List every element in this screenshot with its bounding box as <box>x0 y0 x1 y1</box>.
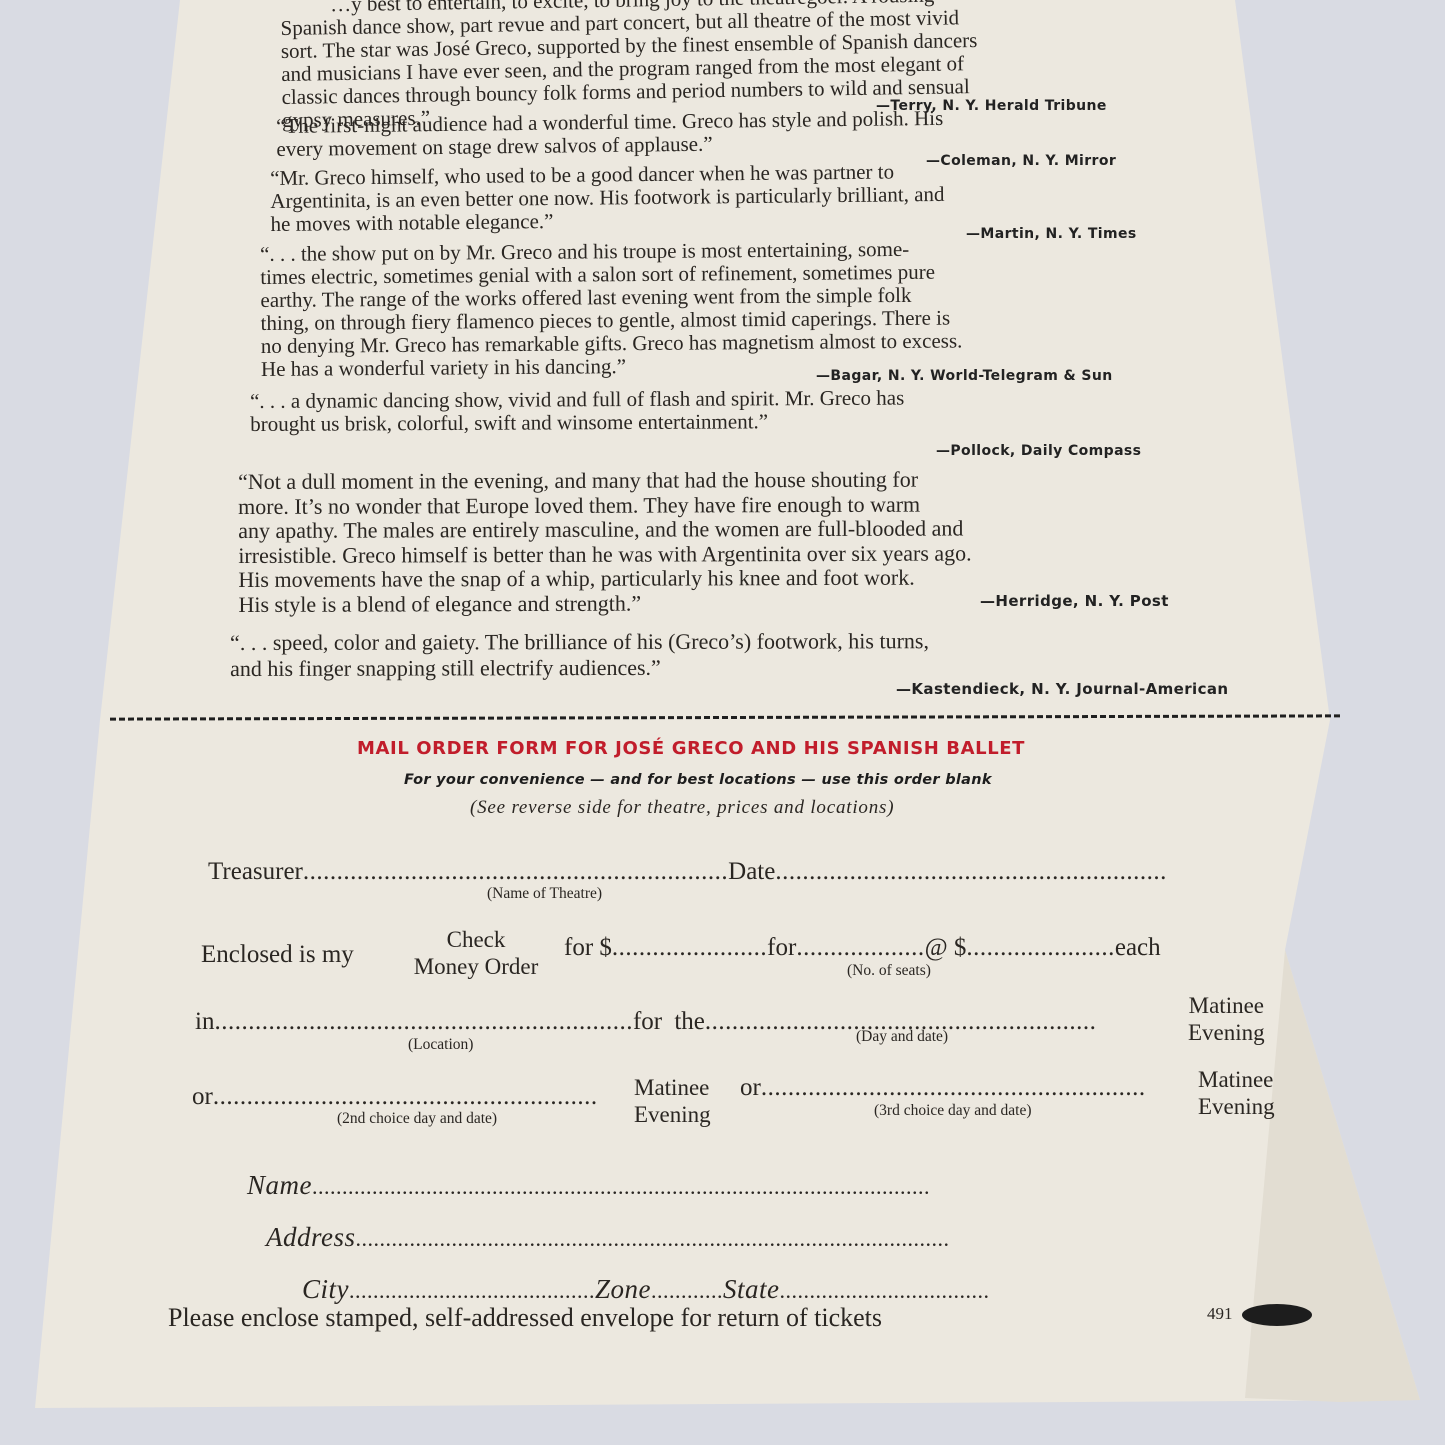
second-choice-hint: (2nd choice day and date) <box>337 1110 497 1128</box>
print-code: 491 <box>1207 1304 1233 1324</box>
name-input-line[interactable]: ........................................… <box>312 1174 930 1199</box>
attribution-kastendieck: —Kastendieck, N. Y. Journal-American <box>896 680 1228 698</box>
envelope-instruction: Please enclose stamped, self-addressed e… <box>168 1303 882 1333</box>
third-choice-hint: (3rd choice day and date) <box>874 1102 1032 1120</box>
price-input-line[interactable]: ...................... <box>966 934 1115 961</box>
state-input-line[interactable]: ................................... <box>780 1278 990 1303</box>
location-hint: (Location) <box>408 1036 473 1054</box>
second-choice-input-line[interactable]: ........................................… <box>213 1083 598 1110</box>
order-form-title: MAIL ORDER FORM FOR JOSÉ GRECO AND HIS S… <box>357 738 1025 759</box>
attribution-pollock: —Pollock, Daily Compass <box>936 443 1141 459</box>
day-date-hint: (Day and date) <box>856 1028 948 1046</box>
payment-option-check[interactable]: Check <box>400 926 552 953</box>
review-7: “. . . speed, color and gaiety. The bril… <box>230 628 929 682</box>
seats-input-line[interactable]: ................... <box>796 934 924 961</box>
city-zone-state-field[interactable]: City....................................… <box>302 1274 990 1305</box>
performance-options-3[interactable]: Matinee Evening <box>1198 1066 1275 1120</box>
location-row: in......................................… <box>195 1008 1096 1036</box>
order-form-note: (See reverse side for theatre, prices an… <box>470 797 894 819</box>
payment-option-money-order[interactable]: Money Order <box>400 953 552 980</box>
union-bug-icon <box>1242 1304 1312 1326</box>
name-field[interactable]: Name....................................… <box>247 1170 930 1201</box>
option-evening-2[interactable]: Evening <box>634 1101 711 1128</box>
zone-input-line[interactable]: ............ <box>651 1278 723 1303</box>
enclosed-label: Enclosed is my <box>201 941 354 969</box>
address-input-line[interactable]: ........................................… <box>356 1226 950 1251</box>
seats-hint: (No. of seats) <box>847 962 931 980</box>
third-choice-row: or......................................… <box>740 1074 1146 1102</box>
review-2: “The first-night audience had a wonderfu… <box>276 107 944 161</box>
option-matinee-1[interactable]: Matinee <box>1188 992 1265 1019</box>
review-6: “Not a dull moment in the evening, and m… <box>238 467 972 617</box>
attribution-herridge: —Herridge, N. Y. Post <box>980 592 1169 610</box>
address-field[interactable]: Address.................................… <box>266 1222 950 1253</box>
treasurer-hint: (Name of Theatre) <box>487 885 602 903</box>
amount-row: for $.......................for.........… <box>564 934 1161 962</box>
review-4: “. . . the show put on by Mr. Greco and … <box>260 237 963 381</box>
treasurer-field[interactable]: Treasurer...............................… <box>208 858 1167 886</box>
review-3: “Mr. Greco himself, who used to be a goo… <box>270 160 945 236</box>
order-form-subtitle: For your convenience — and for best loca… <box>404 772 992 788</box>
payment-method-options[interactable]: Check Money Order <box>400 926 552 980</box>
performance-options-1[interactable]: Matinee Evening <box>1188 992 1265 1046</box>
option-matinee-2[interactable]: Matinee <box>634 1074 711 1101</box>
attribution-bagar: —Bagar, N. Y. World-Telegram & Sun <box>816 368 1113 384</box>
treasurer-input-line[interactable]: ........................................… <box>303 858 728 885</box>
attribution-coleman: —Coleman, N. Y. Mirror <box>926 153 1116 169</box>
performance-options-2[interactable]: Matinee Evening <box>634 1074 711 1128</box>
review-5: “. . . a dynamic dancing show, vivid and… <box>250 387 904 436</box>
location-input-line[interactable]: ........................................… <box>214 1008 633 1035</box>
attribution-martin: —Martin, N. Y. Times <box>966 226 1137 242</box>
option-evening-3[interactable]: Evening <box>1198 1093 1275 1120</box>
date-input-line[interactable]: ........................................… <box>775 858 1167 885</box>
second-choice-row: or......................................… <box>192 1083 598 1111</box>
option-matinee-3[interactable]: Matinee <box>1198 1066 1275 1093</box>
option-evening-1[interactable]: Evening <box>1188 1019 1265 1046</box>
third-choice-input-line[interactable]: ........................................… <box>761 1074 1146 1101</box>
city-input-line[interactable]: ........................................… <box>349 1278 595 1303</box>
amount-input-line[interactable]: ....................... <box>612 934 767 961</box>
